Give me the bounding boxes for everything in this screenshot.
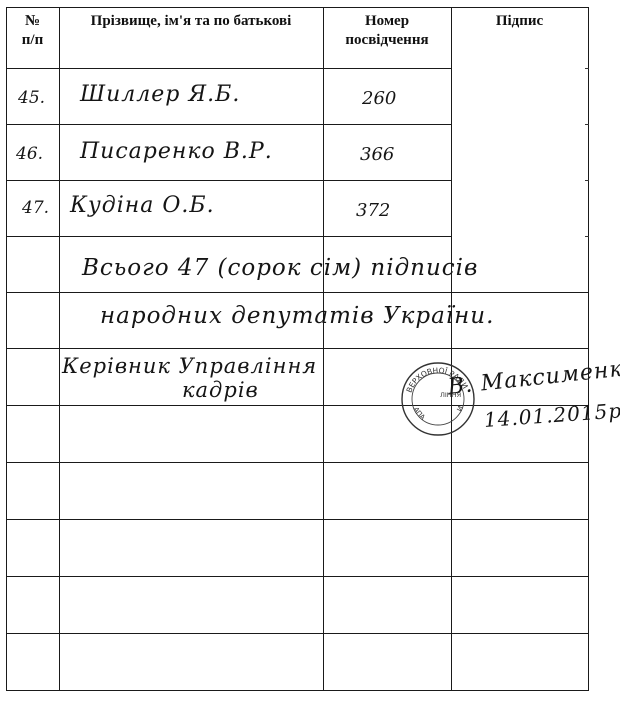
row-certificate: 366	[360, 144, 394, 165]
position-line-2: кадрів	[182, 378, 259, 402]
certification-date: 14.01.2015р.	[483, 398, 620, 432]
row-number: 45.	[18, 88, 45, 108]
row-certificate: 260	[362, 88, 396, 109]
row-line	[6, 292, 589, 293]
row-name: Кудіна О.Б.	[70, 193, 215, 218]
border-tick	[585, 236, 589, 237]
header-bottom-line	[6, 68, 452, 69]
border-tick	[585, 180, 589, 181]
header-certificate-line1: Номер	[323, 12, 451, 31]
header-number-line1: №	[6, 12, 59, 31]
row-line	[6, 124, 452, 125]
header-certificate-line2: посвідчення	[323, 31, 451, 50]
header-certificate: Номер посвідчення	[323, 12, 451, 50]
row-line	[6, 519, 589, 520]
row-line	[6, 180, 452, 181]
summary-line-2: народних депутатів України.	[100, 303, 494, 329]
row-name: Писаренко В.Р.	[80, 139, 273, 164]
header-name: Прізвище, ім'я та по батькові	[59, 12, 323, 31]
row-number: 46.	[16, 144, 43, 164]
header-number-line2: п/п	[6, 31, 59, 50]
row-name: Шиллер Я.Б.	[80, 82, 240, 107]
position-line-1: Керівник Управління	[62, 354, 317, 378]
header-number: № п/п	[6, 12, 59, 50]
table-top-border	[6, 7, 589, 8]
row-line	[6, 348, 589, 349]
table-bottom-border	[6, 690, 589, 691]
header-signature: Підпис	[451, 12, 588, 31]
document-page: № п/п Прізвище, ім'я та по батькові Номе…	[0, 0, 620, 710]
border-tick	[585, 124, 589, 125]
row-line	[6, 633, 589, 634]
row-line	[6, 462, 589, 463]
row-line	[6, 236, 452, 237]
border-tick	[585, 68, 589, 69]
summary-line-1: Всього 47 (сорок сім) підписів	[82, 255, 478, 281]
row-certificate: 372	[356, 200, 390, 221]
row-number: 47.	[22, 198, 49, 218]
row-line	[6, 576, 589, 577]
